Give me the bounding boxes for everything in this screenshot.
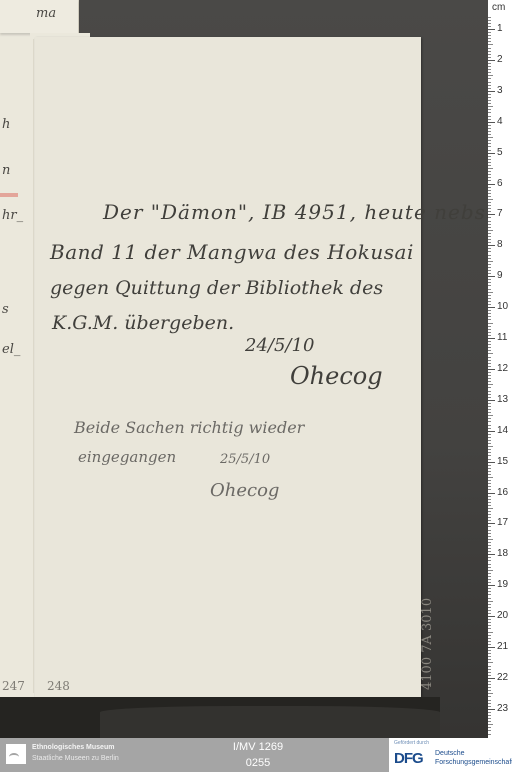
ruler-tick xyxy=(488,23,491,24)
ruler-tick xyxy=(488,153,495,154)
ruler-tick xyxy=(488,403,491,404)
ruler-tick xyxy=(488,128,491,129)
ruler-tick xyxy=(488,63,491,64)
ruler-tick xyxy=(488,363,491,364)
dfg-name-line1: Deutsche xyxy=(435,750,465,757)
ruler-tick xyxy=(488,326,491,327)
ruler-tick xyxy=(488,727,491,728)
ruler-tick xyxy=(488,567,491,568)
ruler-tick xyxy=(488,443,491,444)
ruler-tick xyxy=(488,709,495,710)
ruler-tick xyxy=(488,526,491,527)
ruler-tick xyxy=(488,230,493,231)
ruler-tick xyxy=(488,171,491,172)
ruler-tick xyxy=(488,579,491,580)
ruler-tick xyxy=(488,437,491,438)
ruler-tick xyxy=(488,607,491,608)
ruler-tick xyxy=(488,177,491,178)
ruler-tick xyxy=(488,97,491,98)
margin-fragment: el_ xyxy=(2,342,20,357)
ruler-tick xyxy=(488,338,495,339)
ruler-tick xyxy=(488,539,493,540)
museum-logo-icon xyxy=(6,744,26,764)
ruler-tick xyxy=(488,511,491,512)
ruler-tick xyxy=(488,523,495,524)
ruler-tick xyxy=(488,591,491,592)
ruler-tick xyxy=(488,431,495,432)
ruler-tick xyxy=(488,530,491,531)
ruler-tick xyxy=(488,669,491,670)
ruler-tick xyxy=(488,38,491,39)
footer-bar: Ethnologisches Museum Staatliche Museen … xyxy=(0,738,512,772)
ruler-tick xyxy=(488,604,491,605)
ruler-label: 5 xyxy=(497,147,503,158)
ruler-label: 2 xyxy=(497,54,503,65)
letter-signature: Ohecog xyxy=(290,362,383,390)
ruler-tick xyxy=(488,357,491,358)
ruler-tick xyxy=(488,489,491,490)
ruler-tick xyxy=(488,350,491,351)
ruler-tick xyxy=(488,146,491,147)
ruler-tick xyxy=(488,551,491,552)
museum-name: Ethnologisches Museum xyxy=(32,744,114,751)
ruler-tick xyxy=(488,57,491,58)
ruler-tick xyxy=(488,109,491,110)
ruler-tick xyxy=(488,381,491,382)
ruler-unit: cm xyxy=(492,2,505,13)
ruler-tick xyxy=(488,557,491,558)
letter-line-1: Der "Dämon", IB 4951, heute nebst xyxy=(103,200,495,224)
ruler-tick xyxy=(488,69,491,70)
top-paper-strip: ma xyxy=(0,0,78,33)
ruler-tick xyxy=(488,106,493,107)
ruler-tick xyxy=(488,496,491,497)
ruler-tick xyxy=(488,273,491,274)
margin-fragment: hr_ xyxy=(2,208,23,223)
ruler-tick xyxy=(488,270,491,271)
ruler-tick xyxy=(488,239,491,240)
ruler-tick xyxy=(488,162,491,163)
ruler-tick xyxy=(488,295,491,296)
ruler-tick xyxy=(488,425,491,426)
note-date: 25/5/10 xyxy=(220,452,270,467)
ruler-tick xyxy=(488,616,495,617)
ruler-tick xyxy=(488,418,491,419)
ruler-tick xyxy=(488,582,491,583)
ruler-tick xyxy=(488,554,495,555)
ruler-tick xyxy=(488,51,491,52)
ruler-label: 16 xyxy=(497,487,508,498)
ruler-tick xyxy=(488,307,495,308)
ruler-tick xyxy=(488,75,493,76)
ruler-tick xyxy=(488,143,491,144)
ruler-tick xyxy=(488,94,491,95)
shelf-id: I/MV 1269 xyxy=(230,741,286,753)
ruler-tick xyxy=(488,434,491,435)
ruler-tick xyxy=(488,468,491,469)
ruler-tick xyxy=(488,474,491,475)
ruler-tick xyxy=(488,465,491,466)
ruler-tick xyxy=(488,486,491,487)
ruler-tick xyxy=(488,26,491,27)
ruler-tick xyxy=(488,724,493,725)
ruler-tick xyxy=(488,440,491,441)
ruler-tick xyxy=(488,122,495,123)
ruler-tick xyxy=(488,323,493,324)
ruler-label: 9 xyxy=(497,270,503,281)
ruler-tick xyxy=(488,687,491,688)
ruler-tick xyxy=(488,455,491,456)
ruler-tick xyxy=(488,227,491,228)
ruler-tick xyxy=(488,168,493,169)
ruler-label: 8 xyxy=(497,239,503,250)
ruler-label: 11 xyxy=(497,332,507,343)
ruler-tick xyxy=(488,576,491,577)
ruler-tick xyxy=(488,502,491,503)
ruler-label: 3 xyxy=(497,85,503,96)
ruler-tick xyxy=(488,103,491,104)
ruler-tick xyxy=(488,700,491,701)
ruler-tick xyxy=(488,601,493,602)
dfg-badge: Gefördert durch DFG Deutsche Forschungsg… xyxy=(389,738,512,772)
ruler-label: 17 xyxy=(497,517,508,528)
letter-line-2: Band 11 der Mangwa des Hokusai xyxy=(50,240,414,264)
ruler-tick xyxy=(488,675,491,676)
ruler-tick xyxy=(488,508,493,509)
ruler-tick xyxy=(488,292,493,293)
ruler-tick xyxy=(488,718,491,719)
ruler-tick xyxy=(488,712,491,713)
note-line-2: eingegangen xyxy=(78,448,176,466)
ruler-tick xyxy=(488,505,491,506)
ruler-tick xyxy=(488,341,491,342)
dfg-name-line2: Forschungsgemeinschaft xyxy=(435,759,512,766)
ruler-tick xyxy=(488,301,491,302)
ruler-tick xyxy=(488,536,491,537)
ruler-tick xyxy=(488,150,491,151)
ruler-tick xyxy=(488,360,491,361)
ruler-tick xyxy=(488,446,493,447)
ruler-tick xyxy=(488,384,493,385)
ruler-tick xyxy=(488,251,491,252)
ruler-tick xyxy=(488,35,491,36)
ruler-tick xyxy=(488,335,491,336)
page-number: 247 xyxy=(2,679,25,693)
ruler-tick xyxy=(488,41,491,42)
ruler-tick xyxy=(488,387,491,388)
ruler-tick xyxy=(488,369,495,370)
ruler-tick xyxy=(488,693,493,694)
ruler-tick xyxy=(488,622,491,623)
ruler-tick xyxy=(488,721,491,722)
ruler-tick xyxy=(488,662,493,663)
ruler-tick xyxy=(488,329,491,330)
ruler-tick xyxy=(488,415,493,416)
ruler-tick xyxy=(488,632,493,633)
ruler-tick xyxy=(488,112,491,113)
ruler-tick xyxy=(488,17,491,18)
ruler-label: 7 xyxy=(497,208,503,219)
ruler-tick xyxy=(488,459,491,460)
ruler-tick xyxy=(488,20,491,21)
ruler-tick xyxy=(488,316,491,317)
letter-line-3: gegen Quittung der Bibliothek des xyxy=(50,277,383,299)
note-line-1: Beide Sachen richtig wieder xyxy=(74,418,304,437)
ruler-tick xyxy=(488,672,491,673)
ruler-tick xyxy=(488,499,491,500)
ruler-tick xyxy=(488,650,491,651)
ruler-tick xyxy=(488,372,491,373)
ruler-tick xyxy=(488,264,491,265)
ruler-tick xyxy=(488,236,491,237)
ruler-tick xyxy=(488,156,491,157)
ruler-tick xyxy=(488,245,495,246)
ruler-tick xyxy=(488,199,493,200)
ruler-label: 6 xyxy=(497,178,503,189)
ruler-tick xyxy=(488,625,491,626)
ruler-tick xyxy=(488,666,491,667)
ruler-tick xyxy=(488,217,491,218)
document-scan: ma h n hr_ s el_ Der "Dämon", IB 4951, h… xyxy=(0,0,512,738)
ruler-tick xyxy=(488,483,491,484)
ruler-tick xyxy=(488,165,491,166)
ruler-tick xyxy=(488,78,491,79)
ruler-tick xyxy=(488,313,491,314)
ruler-tick xyxy=(488,397,491,398)
ruler-tick xyxy=(488,196,491,197)
ruler-label: 14 xyxy=(497,425,508,436)
ruler-label: 12 xyxy=(497,363,508,374)
ruler-tick xyxy=(488,211,491,212)
ruler-tick xyxy=(488,517,491,518)
ruler-tick xyxy=(488,282,491,283)
margin-fragment: h xyxy=(2,117,10,132)
ruler-tick xyxy=(488,32,491,33)
ruler-tick xyxy=(488,184,495,185)
ruler-label: 18 xyxy=(497,548,508,559)
ruler-tick xyxy=(488,471,491,472)
ruler-tick xyxy=(488,276,495,277)
ruler-tick xyxy=(488,347,491,348)
ruler-tick xyxy=(488,542,491,543)
ruler-tick xyxy=(488,406,491,407)
ruler-tick xyxy=(488,366,491,367)
ruler-tick xyxy=(488,690,491,691)
margin-fragment: n xyxy=(2,163,10,178)
ruler-tick xyxy=(488,545,491,546)
ruler-tick xyxy=(488,644,491,645)
ruler-tick xyxy=(488,588,491,589)
ruler-tick xyxy=(488,224,491,225)
ruler-tick xyxy=(488,647,495,648)
ruler-tick xyxy=(488,462,495,463)
cm-ruler: cm 1234567891011121314151617181920212223 xyxy=(488,0,512,738)
ruler-tick xyxy=(488,91,495,92)
ruler-tick xyxy=(488,598,491,599)
ruler-tick xyxy=(488,190,491,191)
ruler-tick xyxy=(488,66,491,67)
ruler-tick xyxy=(488,730,491,731)
ruler-tick xyxy=(488,214,495,215)
image-number: 0255 xyxy=(230,757,286,769)
museum-subtitle: Staatliche Museen zu Berlin xyxy=(32,755,119,762)
ruler-tick xyxy=(488,734,491,735)
ruler-tick xyxy=(488,125,491,126)
ruler-tick xyxy=(488,449,491,450)
ruler-tick xyxy=(488,635,491,636)
ruler-tick xyxy=(488,221,491,222)
ruler-tick xyxy=(488,610,491,611)
ruler-tick xyxy=(488,585,495,586)
ruler-tick xyxy=(488,119,491,120)
dfg-logo-icon: DFG xyxy=(394,750,423,767)
ruler-tick xyxy=(488,560,491,561)
ruler-tick xyxy=(488,548,491,549)
ruler-tick xyxy=(488,684,491,685)
ruler-tick xyxy=(488,298,491,299)
ruler-tick xyxy=(488,116,491,117)
ruler-tick xyxy=(488,653,491,654)
ruler-label: 10 xyxy=(497,301,508,312)
ruler-label: 4 xyxy=(497,116,503,127)
ruler-label: 23 xyxy=(497,703,508,714)
ruler-tick xyxy=(488,285,491,286)
ruler-label: 13 xyxy=(497,394,508,405)
ruler-tick xyxy=(488,613,491,614)
ruler-tick xyxy=(488,29,495,30)
ruler-tick xyxy=(488,480,491,481)
ruler-tick xyxy=(488,619,491,620)
ruler-tick xyxy=(488,319,491,320)
ruler-tick xyxy=(488,304,491,305)
note-signature: Ohecog xyxy=(210,480,279,501)
ruler-tick xyxy=(488,573,491,574)
ruler-tick xyxy=(488,493,495,494)
ruler-tick xyxy=(488,452,491,453)
ruler-tick xyxy=(488,137,493,138)
bottom-backdrop xyxy=(100,706,440,738)
ruler-label: 21 xyxy=(497,641,508,652)
ruler-tick xyxy=(488,44,493,45)
ruler-tick xyxy=(488,394,491,395)
ruler-tick xyxy=(488,100,491,101)
ruler-tick xyxy=(488,400,495,401)
ruler-tick xyxy=(488,255,491,256)
ruler-tick xyxy=(488,533,491,534)
ruler-tick xyxy=(488,564,491,565)
ruler-label: 22 xyxy=(497,672,508,683)
ruler-tick xyxy=(488,703,491,704)
letter-line-4: K.G.M. übergeben. xyxy=(52,312,234,334)
ruler-tick xyxy=(488,638,491,639)
ruler-tick xyxy=(488,641,491,642)
ruler-tick xyxy=(488,134,491,135)
ruler-tick xyxy=(488,85,491,86)
ruler-tick xyxy=(488,659,491,660)
ruler-tick xyxy=(488,159,491,160)
ruler-label: 19 xyxy=(497,579,508,590)
ruler-tick xyxy=(488,261,493,262)
ruler-tick xyxy=(488,242,491,243)
ruler-tick xyxy=(488,88,491,89)
ruler-tick xyxy=(488,82,491,83)
ruler-tick xyxy=(488,428,491,429)
ruler-tick xyxy=(488,279,491,280)
ruler-tick xyxy=(488,378,491,379)
ruler-tick xyxy=(488,681,491,682)
margin-fragment: s xyxy=(2,302,9,317)
red-mark xyxy=(0,193,18,197)
ruler-tick xyxy=(488,233,491,234)
ruler-tick xyxy=(488,715,491,716)
ruler-tick xyxy=(488,72,491,73)
letter-date: 24/5/10 xyxy=(245,335,314,356)
ruler-tick xyxy=(488,131,491,132)
ruler-tick xyxy=(488,289,491,290)
ruler-tick xyxy=(488,594,491,595)
ruler-tick xyxy=(488,412,491,413)
ruler-tick xyxy=(488,706,491,707)
ruler-tick xyxy=(488,391,491,392)
ruler-tick xyxy=(488,193,491,194)
top-fragment-text: ma xyxy=(36,6,56,21)
ruler-tick xyxy=(488,174,491,175)
ruler-tick xyxy=(488,205,491,206)
ruler-tick xyxy=(488,332,491,333)
paper-fold xyxy=(33,33,34,693)
ruler-tick xyxy=(488,180,491,181)
ruler-tick xyxy=(488,248,491,249)
ruler-label: 20 xyxy=(497,610,508,621)
ruler-tick xyxy=(488,267,491,268)
ruler-label: 1 xyxy=(497,23,503,34)
ruler-label: 15 xyxy=(497,456,508,467)
ruler-tick xyxy=(488,628,491,629)
ruler-tick xyxy=(488,208,491,209)
funded-by-label: Gefördert durch xyxy=(394,740,429,746)
ruler-tick xyxy=(488,187,491,188)
ruler-tick xyxy=(488,48,491,49)
ruler-tick xyxy=(488,54,491,55)
ruler-tick xyxy=(488,353,493,354)
ruler-tick xyxy=(488,375,491,376)
ruler-tick xyxy=(488,202,491,203)
ruler-tick xyxy=(488,477,493,478)
ruler-tick xyxy=(488,60,495,61)
ruler-tick xyxy=(488,421,491,422)
ruler-tick xyxy=(488,520,491,521)
ruler-tick xyxy=(488,696,491,697)
ruler-tick xyxy=(488,678,495,679)
ruler-tick xyxy=(488,514,491,515)
ruler-tick xyxy=(488,258,491,259)
ruler-tick xyxy=(488,656,491,657)
ruler-tick xyxy=(488,409,491,410)
page-number: 248 xyxy=(47,679,70,693)
ruler-tick xyxy=(488,140,491,141)
ruler-tick xyxy=(488,344,491,345)
ruler-tick xyxy=(488,570,493,571)
ruler-tick xyxy=(488,310,491,311)
vertical-pencil-note: 4100 7A 3010 xyxy=(420,598,435,690)
